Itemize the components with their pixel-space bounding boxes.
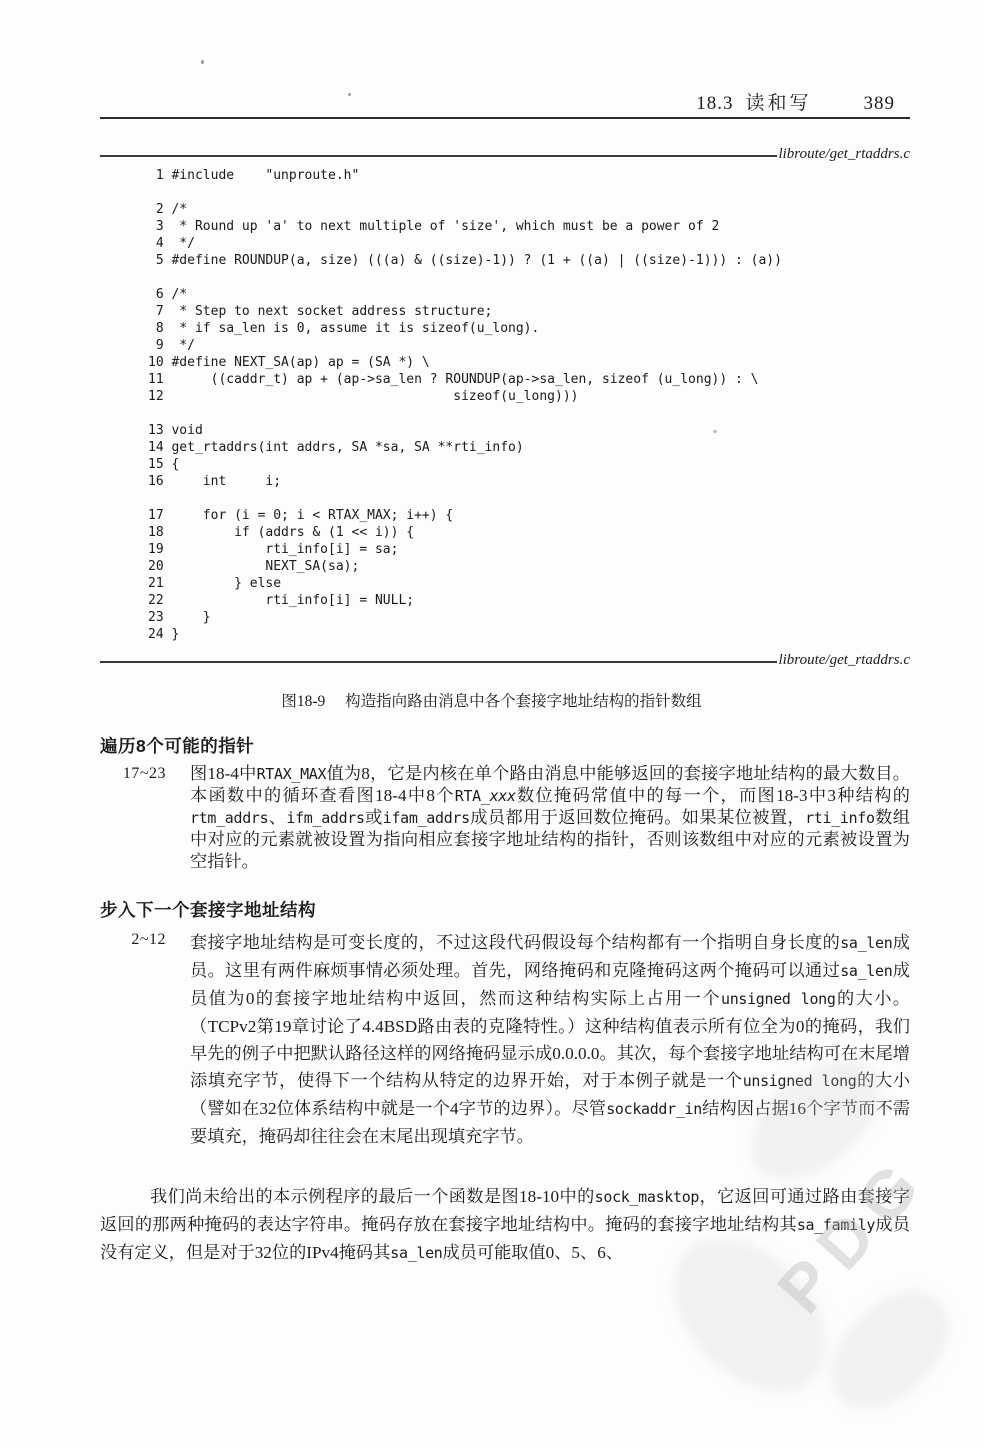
section-heading-next-sockaddr: 步入下一个套接字地址结构 <box>100 897 316 922</box>
book-page: 18.3 读和写 389 libroute/get_rtaddrs.c 1 #i… <box>0 0 983 1447</box>
header-rule <box>100 117 910 119</box>
rule-line <box>100 155 777 157</box>
section-heading-traverse-pointers: 遍历8个可能的指针 <box>100 733 254 758</box>
figure-caption: 图18-9 构造指向路由消息中各个套接字地址结构的指针数组 <box>0 689 983 711</box>
code-listing: 1 #include "unproute.h" 2 /* 3 * Round u… <box>148 167 782 643</box>
page-number: 389 <box>864 93 896 115</box>
paragraph-body: 套接字地址结构是可变长度的，不过这段代码假设每个结构都有一个指明自身长度的sa_… <box>190 929 910 1150</box>
listing-rule-top: libroute/get_rtaddrs.c <box>100 146 910 163</box>
paragraph-body: 图18-4中RTAX_MAX值为8，它是内核在单个路由消息中能够返回的套接字地址… <box>190 763 910 873</box>
section-number: 18.3 <box>696 93 733 115</box>
watermark-smudge <box>809 1269 972 1432</box>
section-title: 读和写 <box>745 88 811 115</box>
listing-rule-bottom: libroute/get_rtaddrs.c <box>100 652 910 669</box>
rule-line <box>100 661 777 663</box>
closing-paragraph: 我们尚未给出的本示例程序的最后一个函数是图18-10中的sock_masktop… <box>100 1183 910 1267</box>
line-range-label: 2~12 <box>100 929 166 1150</box>
running-head: 18.3 读和写 389 <box>696 88 895 115</box>
paragraph-17-23: 17~23 图18-4中RTAX_MAX值为8，它是内核在单个路由消息中能够返回… <box>100 763 910 873</box>
line-range-label: 17~23 <box>100 763 166 873</box>
scan-speck <box>713 430 717 433</box>
scan-speck <box>348 93 351 96</box>
source-file-label-bottom: libroute/get_rtaddrs.c <box>777 652 910 669</box>
paragraph-2-12: 2~12 套接字地址结构是可变长度的，不过这段代码假设每个结构都有一个指明自身长… <box>100 929 910 1150</box>
figure-caption-text: 构造指向路由消息中各个套接字地址结构的指针数组 <box>345 693 702 710</box>
figure-number: 图18-9 <box>281 693 325 710</box>
scan-speck <box>201 60 204 64</box>
source-file-label-top: libroute/get_rtaddrs.c <box>777 146 910 163</box>
